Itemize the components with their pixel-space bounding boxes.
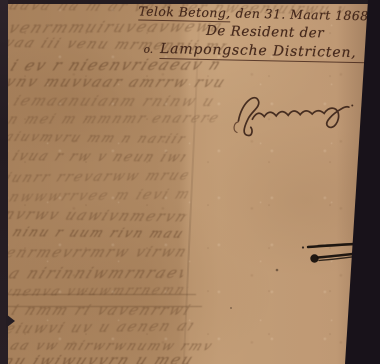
scan-edge-notch (6, 314, 15, 328)
scan-edge-left (0, 0, 8, 364)
ink-dash-marks (0, 0, 380, 364)
scanned-document: uava na m ar va n rer nweeniuirwu vumn i… (0, 0, 380, 364)
scan-edge-top (0, 0, 380, 4)
